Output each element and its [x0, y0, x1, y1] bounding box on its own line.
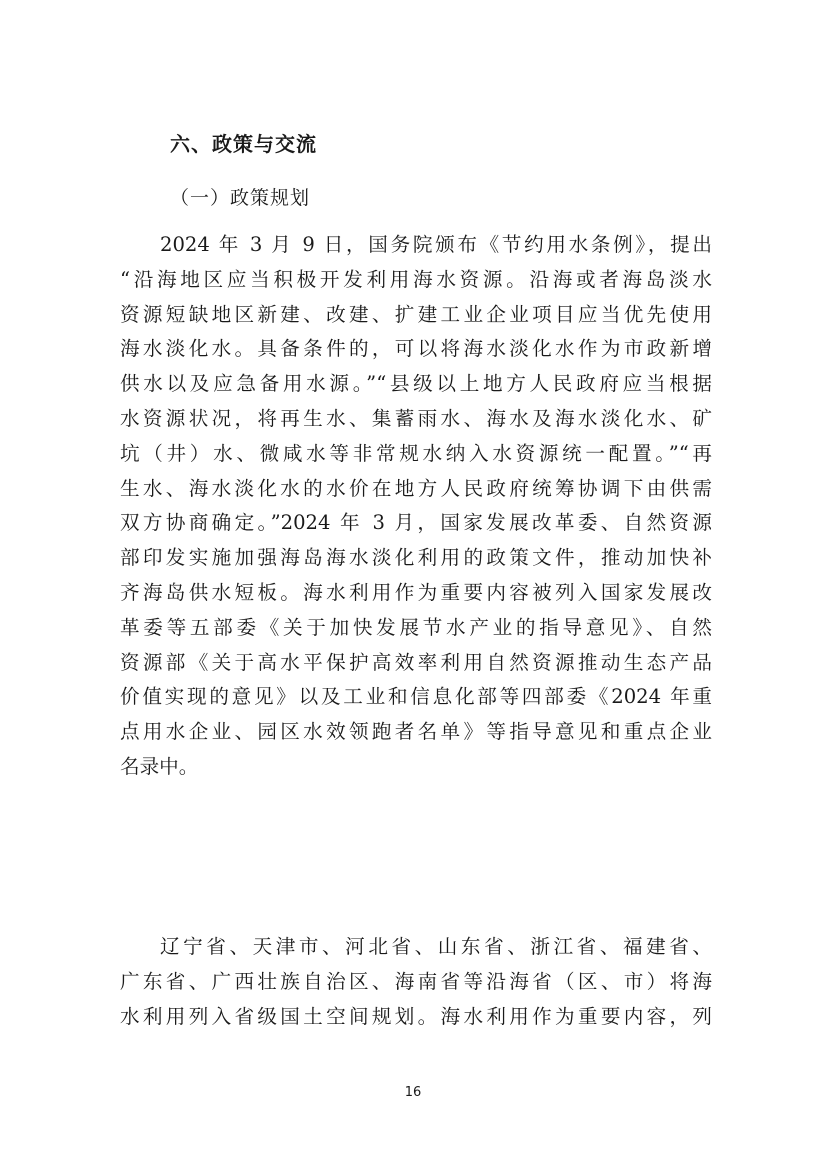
- page-number: 16: [0, 1085, 826, 1100]
- text-line: 水利用列入省级国土空间规划。海水利用作为重要内容，列: [120, 1000, 712, 1035]
- text-line: 生水、海水淡化水的水价在地方人民政府统筹协调下由供需: [120, 472, 712, 507]
- text-line: 资源短缺地区新建、改建、扩建工业企业项目应当优先使用: [120, 298, 712, 333]
- text-line: 双方协商确定。”2024 年 3 月，国家发展改革委、自然资源: [120, 506, 712, 541]
- document-page: 六、政策与交流 （一）政策规划 2024 年 3 月 9 日，国务院颁布《节约用…: [0, 0, 826, 1169]
- text-line: 资源部《关于高水平保护高效率利用自然资源推动生态产品: [120, 646, 712, 681]
- section-heading: 六、政策与交流: [170, 128, 317, 157]
- text-line: 革委等五部委《关于加快发展节水产业的指导意见》、自然: [120, 611, 712, 646]
- text-line: 2024 年 3 月 9 日，国务院颁布《节约用水条例》，提出: [120, 228, 712, 263]
- text-line: 名录中。: [120, 750, 712, 785]
- paragraph-provinces: 辽宁省、天津市、河北省、山东省、浙江省、福建省、 广东省、广西壮族自治区、海南省…: [120, 930, 712, 1034]
- text-line: 海水淡化水。具备条件的，可以将海水淡化水作为市政新增: [120, 332, 712, 367]
- text-line: 点用水企业、园区水效领跑者名单》等指导意见和重点企业: [120, 715, 712, 750]
- text-line: 价值实现的意见》以及工业和信息化部等四部委《2024 年重: [120, 680, 712, 715]
- text-line: 坑（井）水、微咸水等非常规水纳入水资源统一配置。”“再: [120, 437, 712, 472]
- text-line: 齐海岛供水短板。海水利用作为重要内容被列入国家发展改: [120, 576, 712, 611]
- text-line: 辽宁省、天津市、河北省、山东省、浙江省、福建省、: [120, 930, 712, 965]
- text-line: 水资源状况，将再生水、集蓄雨水、海水及海水淡化水、矿: [120, 402, 712, 437]
- text-line: 广东省、广西壮族自治区、海南省等沿海省（区、市）将海: [120, 965, 712, 1000]
- text-line: “沿海地区应当积极开发利用海水资源。沿海或者海岛淡水: [120, 263, 712, 298]
- paragraph-policy: 2024 年 3 月 9 日，国务院颁布《节约用水条例》，提出 “沿海地区应当积…: [120, 228, 712, 785]
- text-line: 部印发实施加强海岛海水淡化利用的政策文件，推动加快补: [120, 541, 712, 576]
- text-line: 供水以及应急备用水源。”“县级以上地方人民政府应当根据: [120, 367, 712, 402]
- subsection-heading: （一）政策规划: [170, 183, 310, 210]
